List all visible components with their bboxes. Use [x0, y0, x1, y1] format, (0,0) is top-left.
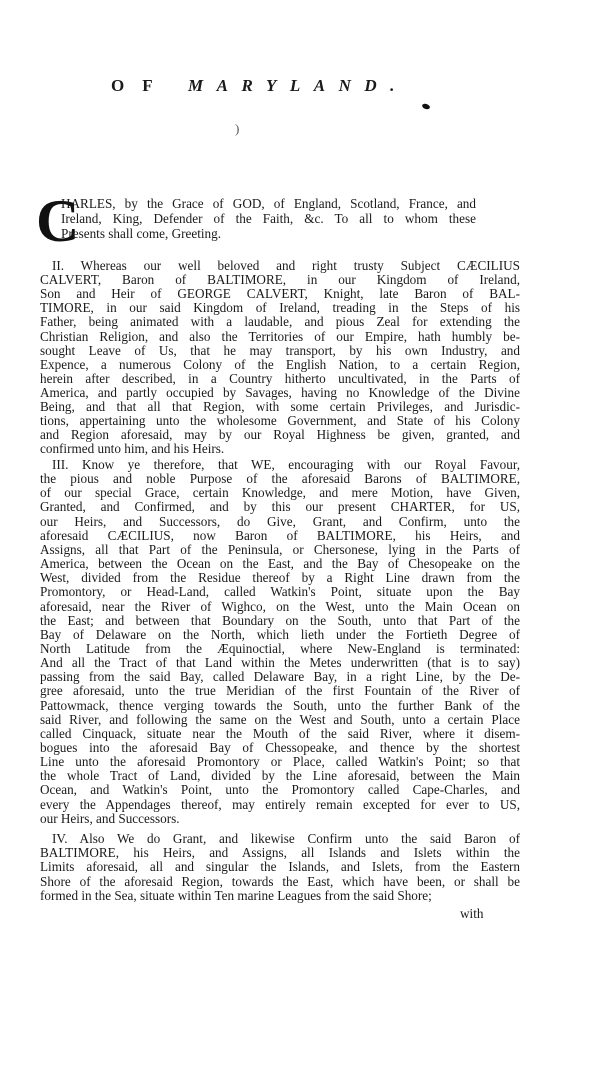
text-line: West, divided from the Residue thereof b… [40, 571, 520, 585]
text-line: Son and Heir of GEORGE CALVERT, Knight, … [40, 287, 520, 301]
text-line: Christian Religion, and also the Territo… [40, 330, 520, 344]
text-line: the East; and between that Boundary on t… [40, 614, 520, 628]
text-line: the pious and noble Purpose of the afore… [40, 472, 520, 486]
text-line: HARLES, by the Grace of GOD, of England,… [61, 197, 476, 211]
text-line: the whole Tract of Land, divided by the … [40, 769, 520, 783]
text-line: Shore of the aforesaid Region, towards t… [40, 875, 520, 889]
text-line: of our special Grace, certain Knowledge,… [40, 486, 520, 500]
text-line: Assigns, all that Part of the Peninsula,… [40, 543, 520, 557]
running-head-state: MARYLAND. [188, 76, 408, 96]
text-line: herein after described, in a Country hit… [40, 372, 520, 386]
text-line: And all the Tract of that Land within th… [40, 656, 520, 670]
text-line: gree aforesaid, unto the true Meridian o… [40, 684, 520, 698]
text-line: BALTIMORE, his Heirs, and Assigns, all I… [40, 846, 520, 860]
text-line: passing from the said Bay, called Delawa… [40, 670, 520, 684]
text-line: Granted, and Confirmed, and by this our … [40, 500, 520, 514]
text-line: America, and partly occupied by Savages,… [40, 386, 520, 400]
ink-blot-mark [421, 103, 430, 110]
document-page: OF MARYLAND. ) C HARLES, by the Grace of… [0, 0, 600, 1085]
text-line: our Heirs, and Successors, do Give, Gran… [40, 515, 520, 529]
text-line: Ocean, and Watkin's Point, unto the Prom… [40, 783, 520, 797]
text-line: and Region aforesaid, may by our Royal H… [40, 428, 520, 442]
text-line: tions, appertaining unto the wholesome G… [40, 414, 520, 428]
text-line: said River, and following the same on th… [40, 713, 520, 727]
text-line: aforesaid CÆCILIUS, now Baron of BALTIMO… [40, 529, 520, 543]
text-line: our Heirs, and Successors. [40, 812, 520, 826]
text-line: every the Appendages thereof, may entire… [40, 798, 520, 812]
text-line: CALVERT, Baron of BALTIMORE, in our King… [40, 273, 520, 287]
text-line: Promontory, or Head-Land, called Watkin'… [40, 585, 520, 599]
text-line: Ireland, King, Defender of the Faith, &c… [61, 212, 476, 226]
bracket-mark: ) [235, 121, 239, 137]
text-line: Bay of Delaware on the North, which liet… [40, 628, 520, 642]
catchword: with [460, 906, 483, 922]
text-line: America, between the Ocean on the East, … [40, 557, 520, 571]
text-line: bogues into the aforesaid Bay of Chessop… [40, 741, 520, 755]
running-head-of: OF [111, 76, 171, 96]
text-line: aforesaid, near the River of Wighco, on … [40, 600, 520, 614]
text-line: TIMORE, in our said Kingdom of Ireland, … [40, 301, 520, 315]
text-line: Line unto the aforesaid Promontory or Pl… [40, 755, 520, 769]
text-line: Presents shall come, Greeting. [61, 227, 476, 241]
text-line: confirmed unto him, and his Heirs. [40, 442, 520, 456]
text-line: Limits aforesaid, all and singular the I… [40, 860, 520, 874]
text-line: Being, and that all that Region, with so… [40, 400, 520, 414]
text-line: III. Know ye therefore, that WE, encoura… [52, 458, 520, 472]
text-line: II. Whereas our well beloved and right t… [52, 259, 520, 273]
text-line: Pattowmack, thence verging towards the S… [40, 699, 520, 713]
text-line: sought Leave of Us, that he may transpor… [40, 344, 520, 358]
text-line: Father, being animated with a laudable, … [40, 315, 520, 329]
text-line: called Cinquack, situate near the Mouth … [40, 727, 520, 741]
text-line: IV. Also We do Grant, and likewise Confi… [52, 832, 520, 846]
text-line: Expence, a numerous Colony of the Englis… [40, 358, 520, 372]
text-line: North Latitude from the Æquinoctial, whe… [40, 642, 520, 656]
text-line: formed in the Sea, situate within Ten ma… [40, 889, 520, 903]
